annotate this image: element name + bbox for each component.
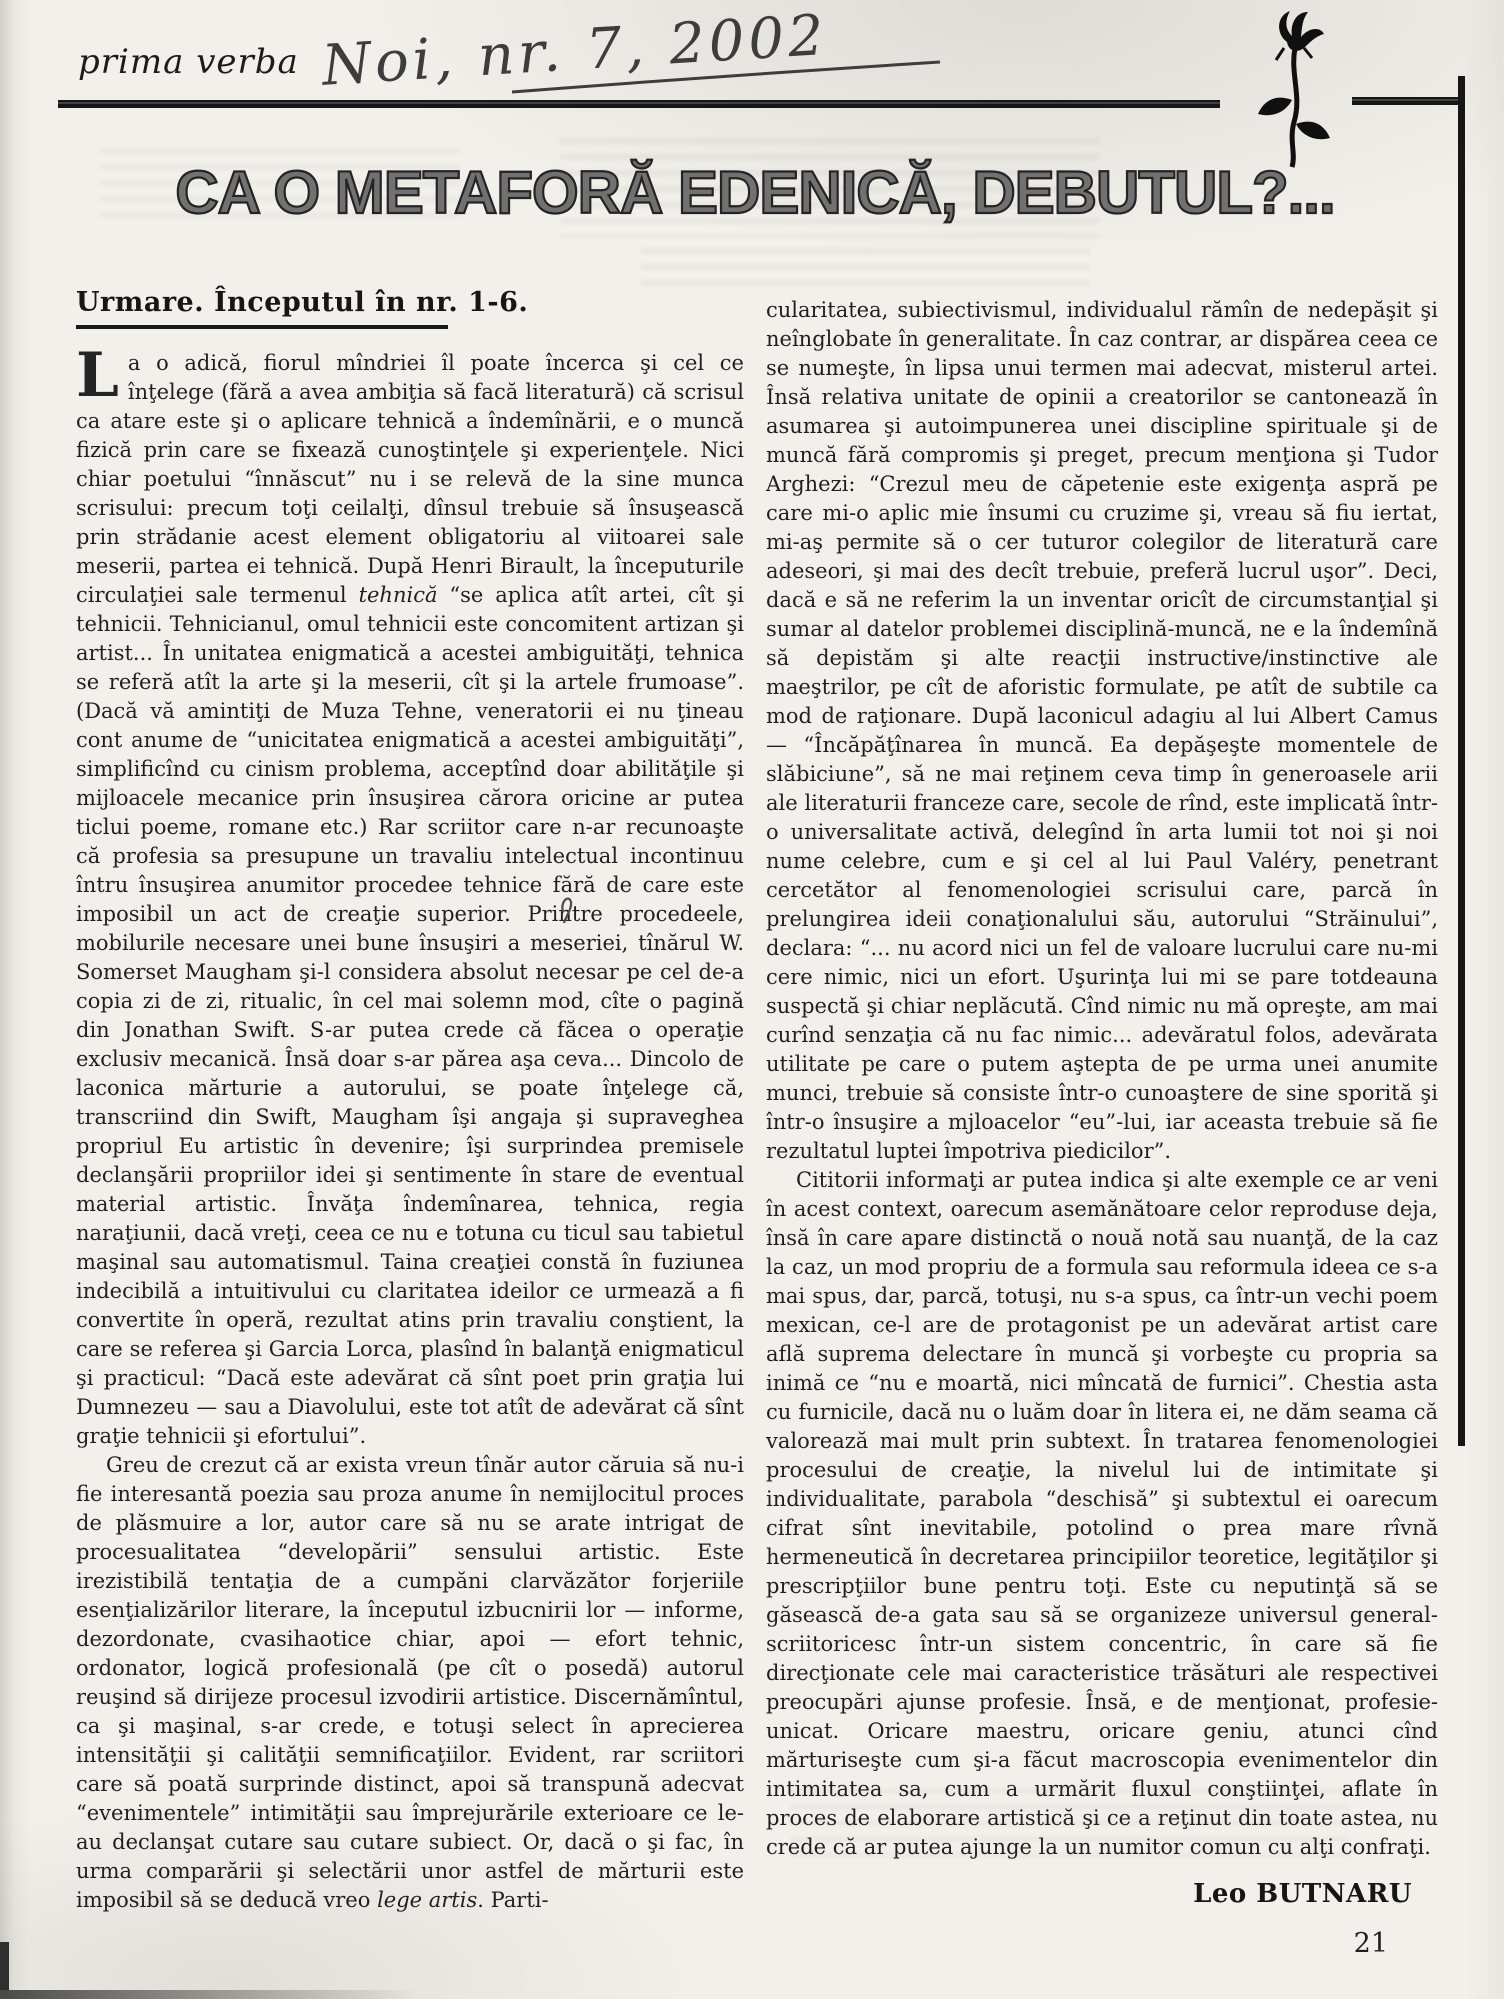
- page-number: 21: [1312, 1928, 1388, 1959]
- scan-edge-shadow: [0, 1990, 420, 1999]
- article-paragraph: Cititorii informaţi ar putea indica şi a…: [766, 1166, 1438, 1862]
- left-column: Urmare. Începutul în nr. 1-6. La o adică…: [76, 288, 744, 1915]
- rose-leaf: [1258, 98, 1292, 116]
- section-header: prima verba: [78, 42, 299, 82]
- header-rule: [58, 100, 1220, 108]
- rose-bud: [1279, 11, 1324, 51]
- article-title: CA O METAFORĂ EDENICĂ, DEBUTUL?...: [70, 158, 1440, 227]
- handwritten-insert-mark: [558, 892, 576, 926]
- handwritten-annotation-text: Noi, nr. 7, 2002: [318, 3, 829, 99]
- continuation-underline: [76, 325, 448, 329]
- right-column-text: cularitatea, subiectivismul, individualu…: [766, 296, 1438, 1862]
- left-column-text: La o adică, fiorul mîndriei îl poate înc…: [76, 349, 744, 1915]
- handwritten-annotation: Noi, nr. 7, 2002: [300, 0, 960, 110]
- rose-sketch-illustration: [1232, 4, 1352, 169]
- article-paragraph: La o adică, fiorul mîndriei îl poate înc…: [76, 349, 744, 1451]
- continuation-note: Urmare. Începutul în nr. 1-6.: [76, 288, 744, 318]
- author-signature: Leo BUTNARU: [766, 1880, 1438, 1909]
- drop-cap: L: [76, 349, 128, 399]
- magazine-page-scan: { "page": { "header": "prima verba", "ha…: [0, 0, 1504, 1999]
- header-rule-right-segment: [1352, 97, 1464, 105]
- article-paragraph: Greu de crezut că ar exista vreun tînăr …: [76, 1451, 744, 1915]
- right-column: cularitatea, subiectivismul, individualu…: [766, 296, 1438, 1909]
- article-paragraph: cularitatea, subiectivismul, individualu…: [766, 296, 1438, 1166]
- rose-stem: [1292, 48, 1297, 167]
- right-border-rule: [1458, 76, 1465, 1446]
- rose-leaf: [1296, 122, 1330, 140]
